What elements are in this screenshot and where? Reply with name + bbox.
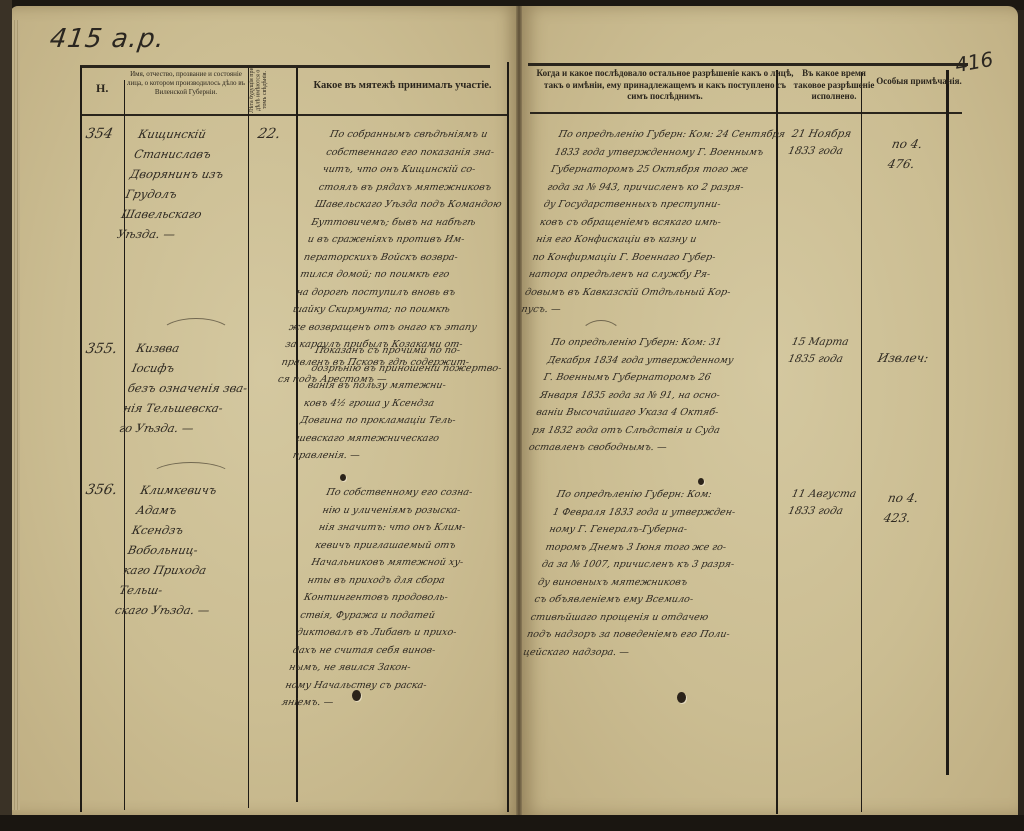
binding-hole (340, 474, 346, 481)
entry-person: Кизвва Іосифъ безъ означенія зва- нія Те… (117, 338, 258, 438)
entry-number: 354 (84, 126, 114, 142)
scan-border-left (0, 0, 12, 831)
left-folio-number: 415 a.p. (48, 24, 167, 54)
header-resolution: Когда и какое послѣдовало остальное разр… (536, 68, 794, 103)
header-executed: Въ какое время таковое разрѣше­ніе испол… (793, 68, 875, 103)
header-top-rule-right (528, 63, 968, 66)
entry-resolution: По опредѣленію Губерн: Ком: 1 Февраля 18… (521, 486, 808, 661)
binding-hole (677, 692, 686, 703)
ledger-spread: 415 a.p. 416 Н. Имя, отчество, прозвание… (0, 0, 1024, 831)
entry-participation: Показанъ съ прочими по по- дозрѣнію въ п… (291, 342, 522, 465)
binding-hole (352, 690, 361, 701)
entry-executed-date: 15 Марта 1835 года (786, 334, 883, 368)
column-line (946, 70, 949, 775)
header-bottom-rule-right (530, 112, 962, 114)
header-number: Н. (96, 82, 108, 96)
entry-notes: по 4. 423. (882, 488, 971, 528)
entry-age: 22. (256, 126, 282, 142)
entry-resolution: По опредѣленію Губерн: Ком: 31 Декабря 1… (527, 334, 803, 457)
entry-number: 356. (84, 482, 119, 498)
entry-number: 355. (84, 341, 119, 357)
binding-hole (698, 478, 704, 485)
header-name: Имя, отчество, прозвание и состояніе лиц… (125, 70, 247, 96)
scan-border-bottom (0, 815, 1024, 831)
header-age: Лѣта буду­щія при дѣлѣ имѣются о томъ св… (249, 66, 291, 114)
entry-person: Кищинскій Станиславъ Дворянинъ изъ Грудо… (115, 124, 261, 244)
column-line (861, 72, 862, 812)
column-line (80, 66, 82, 812)
entry-executed-date: 11 Августа 1833 года (786, 486, 883, 520)
page-edge-stack (12, 20, 20, 810)
header-notes: Особыя примѣча­нія. (876, 76, 962, 88)
entry-notes: Извлеч: (876, 348, 960, 368)
column-line (124, 80, 125, 810)
header-participation: Какое въ мятежѣ принималъ участіе. (300, 80, 505, 92)
entry-notes: по 4. 476. (886, 134, 975, 174)
entry-executed-date: 21 Ноября 1833 года (786, 126, 883, 160)
entry-resolution: По опредѣленію Губерн: Ком: 24 Сентября … (520, 126, 811, 319)
header-bottom-rule-left (80, 114, 507, 116)
